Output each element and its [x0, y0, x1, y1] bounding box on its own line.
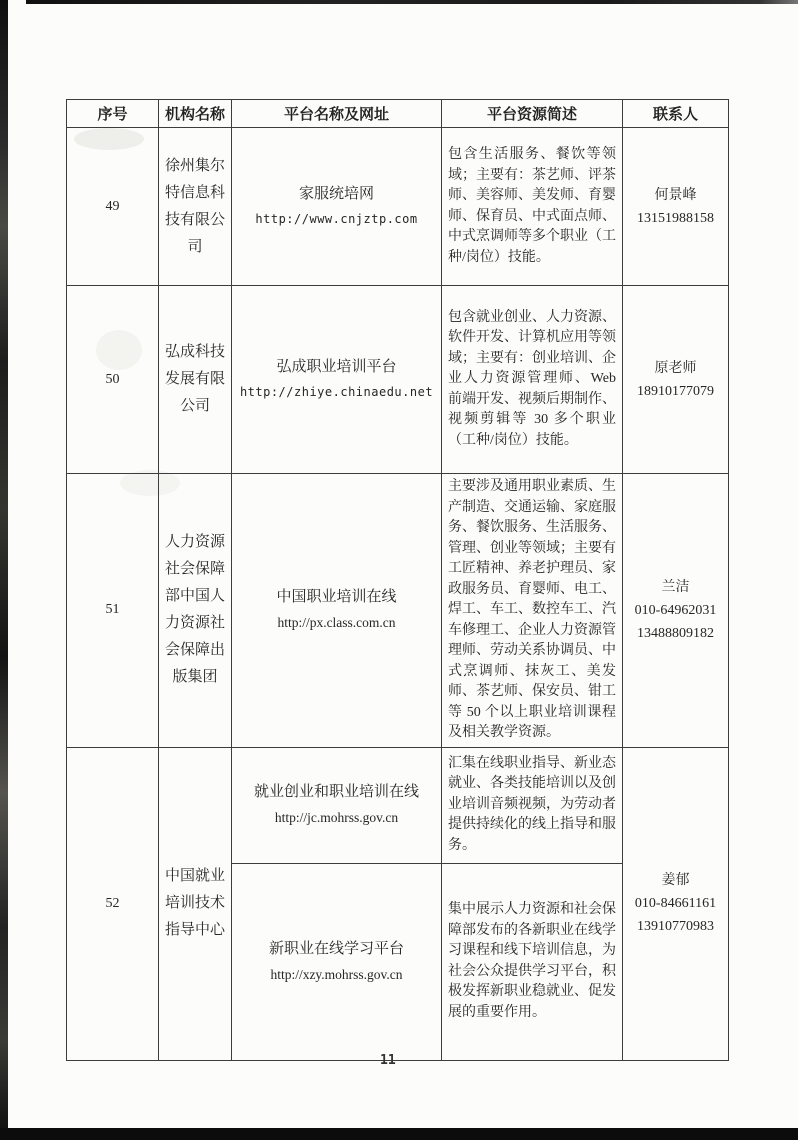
- table-body: 49徐州集尔特信息科技有限公司家服统培网http://www.cnjztp.co…: [67, 128, 729, 1061]
- platform-cell: 新职业在线学习平台http://xzy.mohrss.gov.cn: [232, 863, 442, 1060]
- platform-description: 包含生活服务、餐饮等领域；主要有：茶艺师、评茶师、美容师、美发师、育婴师、保育员…: [442, 142, 622, 271]
- description-cell: 集中展示人力资源和社会保障部发布的各新职业在线学习课程和线下培训信息，为社会公众…: [442, 863, 623, 1060]
- serial-cell: 51: [67, 474, 159, 748]
- contact-name: 何景峰: [625, 184, 726, 207]
- platform-url: http://xzy.mohrss.gov.cn: [232, 962, 441, 987]
- platform-cell: 家服统培网http://www.cnjztp.com: [232, 128, 442, 286]
- table-header-row: 序号机构名称平台名称及网址平台资源简述联系人: [67, 100, 729, 128]
- contact-cell: 兰洁010-6496203113488809182: [623, 474, 729, 748]
- contact-phone: 13488809182: [625, 622, 726, 645]
- serial-cell: 49: [67, 128, 159, 286]
- training-platform-table: 序号机构名称平台名称及网址平台资源简述联系人 49徐州集尔特信息科技有限公司家服…: [66, 99, 729, 1061]
- scan-edge-bottom: [0, 1128, 798, 1140]
- table-row: 52中国就业培训技术指导中心就业创业和职业培训在线http://jc.mohrs…: [67, 747, 729, 863]
- org-cell: 弘成科技发展有限公司: [159, 286, 232, 474]
- platform-url: http://jc.mohrss.gov.cn: [232, 805, 441, 830]
- platform-name: 新职业在线学习平台: [232, 937, 441, 962]
- platform-description: 集中展示人力资源和社会保障部发布的各新职业在线学习课程和线下培训信息，为社会公众…: [442, 897, 622, 1026]
- platform-cell: 中国职业培训在线http://px.class.com.cn: [232, 474, 442, 748]
- contact-cell: 何景峰13151988158: [623, 128, 729, 286]
- platform-cell: 弘成职业培训平台http://zhiye.chinaedu.net: [232, 286, 442, 474]
- org-name: 徐州集尔特信息科技有限公司: [159, 153, 231, 261]
- platform-url: http://zhiye.chinaedu.net: [232, 380, 441, 405]
- contact-name: 原老师: [625, 357, 726, 380]
- contact-cell: 原老师18910177079: [623, 286, 729, 474]
- org-name: 人力资源社会保障部中国人力资源社会保障出版集团: [159, 529, 231, 691]
- table-row: 50弘成科技发展有限公司弘成职业培训平台http://zhiye.chinaed…: [67, 286, 729, 474]
- contact-cell: 姜郁010-8466116113910770983: [623, 747, 729, 1060]
- description-cell: 汇集在线职业指导、新业态就业、各类技能培训以及创业培训音频视频，为劳动者提供持续…: [442, 747, 623, 863]
- contact-phone: 010-64962031: [625, 599, 726, 622]
- page-number: 11: [380, 1053, 396, 1068]
- platform-url: http://px.class.com.cn: [232, 610, 441, 635]
- scanned-document-page: 序号机构名称平台名称及网址平台资源简述联系人 49徐州集尔特信息科技有限公司家服…: [0, 0, 798, 1140]
- org-name: 中国就业培训技术指导中心: [159, 863, 231, 944]
- platform-name: 弘成职业培训平台: [232, 355, 441, 380]
- org-name: 弘成科技发展有限公司: [159, 339, 231, 420]
- org-cell: 徐州集尔特信息科技有限公司: [159, 128, 232, 286]
- column-header: 序号: [67, 100, 159, 128]
- column-header: 联系人: [623, 100, 729, 128]
- contact-phone: 18910177079: [625, 380, 726, 403]
- contact-name: 兰洁: [625, 576, 726, 599]
- table-row: 51人力资源社会保障部中国人力资源社会保障出版集团中国职业培训在线http://…: [67, 474, 729, 748]
- org-cell: 人力资源社会保障部中国人力资源社会保障出版集团: [159, 474, 232, 748]
- platform-name: 中国职业培训在线: [232, 585, 441, 610]
- serial-cell: 50: [67, 286, 159, 474]
- contact-phone: 13151988158: [625, 207, 726, 230]
- description-cell: 包含生活服务、餐饮等领域；主要有：茶艺师、评茶师、美容师、美发师、育婴师、保育员…: [442, 128, 623, 286]
- description-cell: 主要涉及通用职业素质、生产制造、交通运输、家庭服务、餐饮服务、生活服务、管理、创…: [442, 474, 623, 748]
- scan-edge-top: [26, 0, 798, 4]
- contact-name: 姜郁: [625, 869, 726, 892]
- serial-cell: 52: [67, 747, 159, 1060]
- platform-description: 汇集在线职业指导、新业态就业、各类技能培训以及创业培训音频视频，为劳动者提供持续…: [442, 751, 622, 860]
- platform-cell: 就业创业和职业培训在线http://jc.mohrss.gov.cn: [232, 747, 442, 863]
- column-header: 平台资源简述: [442, 100, 623, 128]
- platform-name: 就业创业和职业培训在线: [232, 780, 441, 805]
- platform-url: http://www.cnjztp.com: [232, 207, 441, 232]
- column-header: 平台名称及网址: [232, 100, 442, 128]
- org-cell: 中国就业培训技术指导中心: [159, 747, 232, 1060]
- contact-phone: 13910770983: [625, 915, 726, 938]
- table-row: 49徐州集尔特信息科技有限公司家服统培网http://www.cnjztp.co…: [67, 128, 729, 286]
- platform-name: 家服统培网: [232, 182, 441, 207]
- platform-description: 主要涉及通用职业素质、生产制造、交通运输、家庭服务、餐饮服务、生活服务、管理、创…: [442, 474, 622, 747]
- contact-phone: 010-84661161: [625, 892, 726, 915]
- scan-edge-left: [0, 0, 8, 1132]
- column-header: 机构名称: [159, 100, 232, 128]
- description-cell: 包含就业创业、人力资源、软件开发、计算机应用等领域；主要有：创业培训、企业人力资…: [442, 286, 623, 474]
- platform-description: 包含就业创业、人力资源、软件开发、计算机应用等领域；主要有：创业培训、企业人力资…: [442, 305, 622, 455]
